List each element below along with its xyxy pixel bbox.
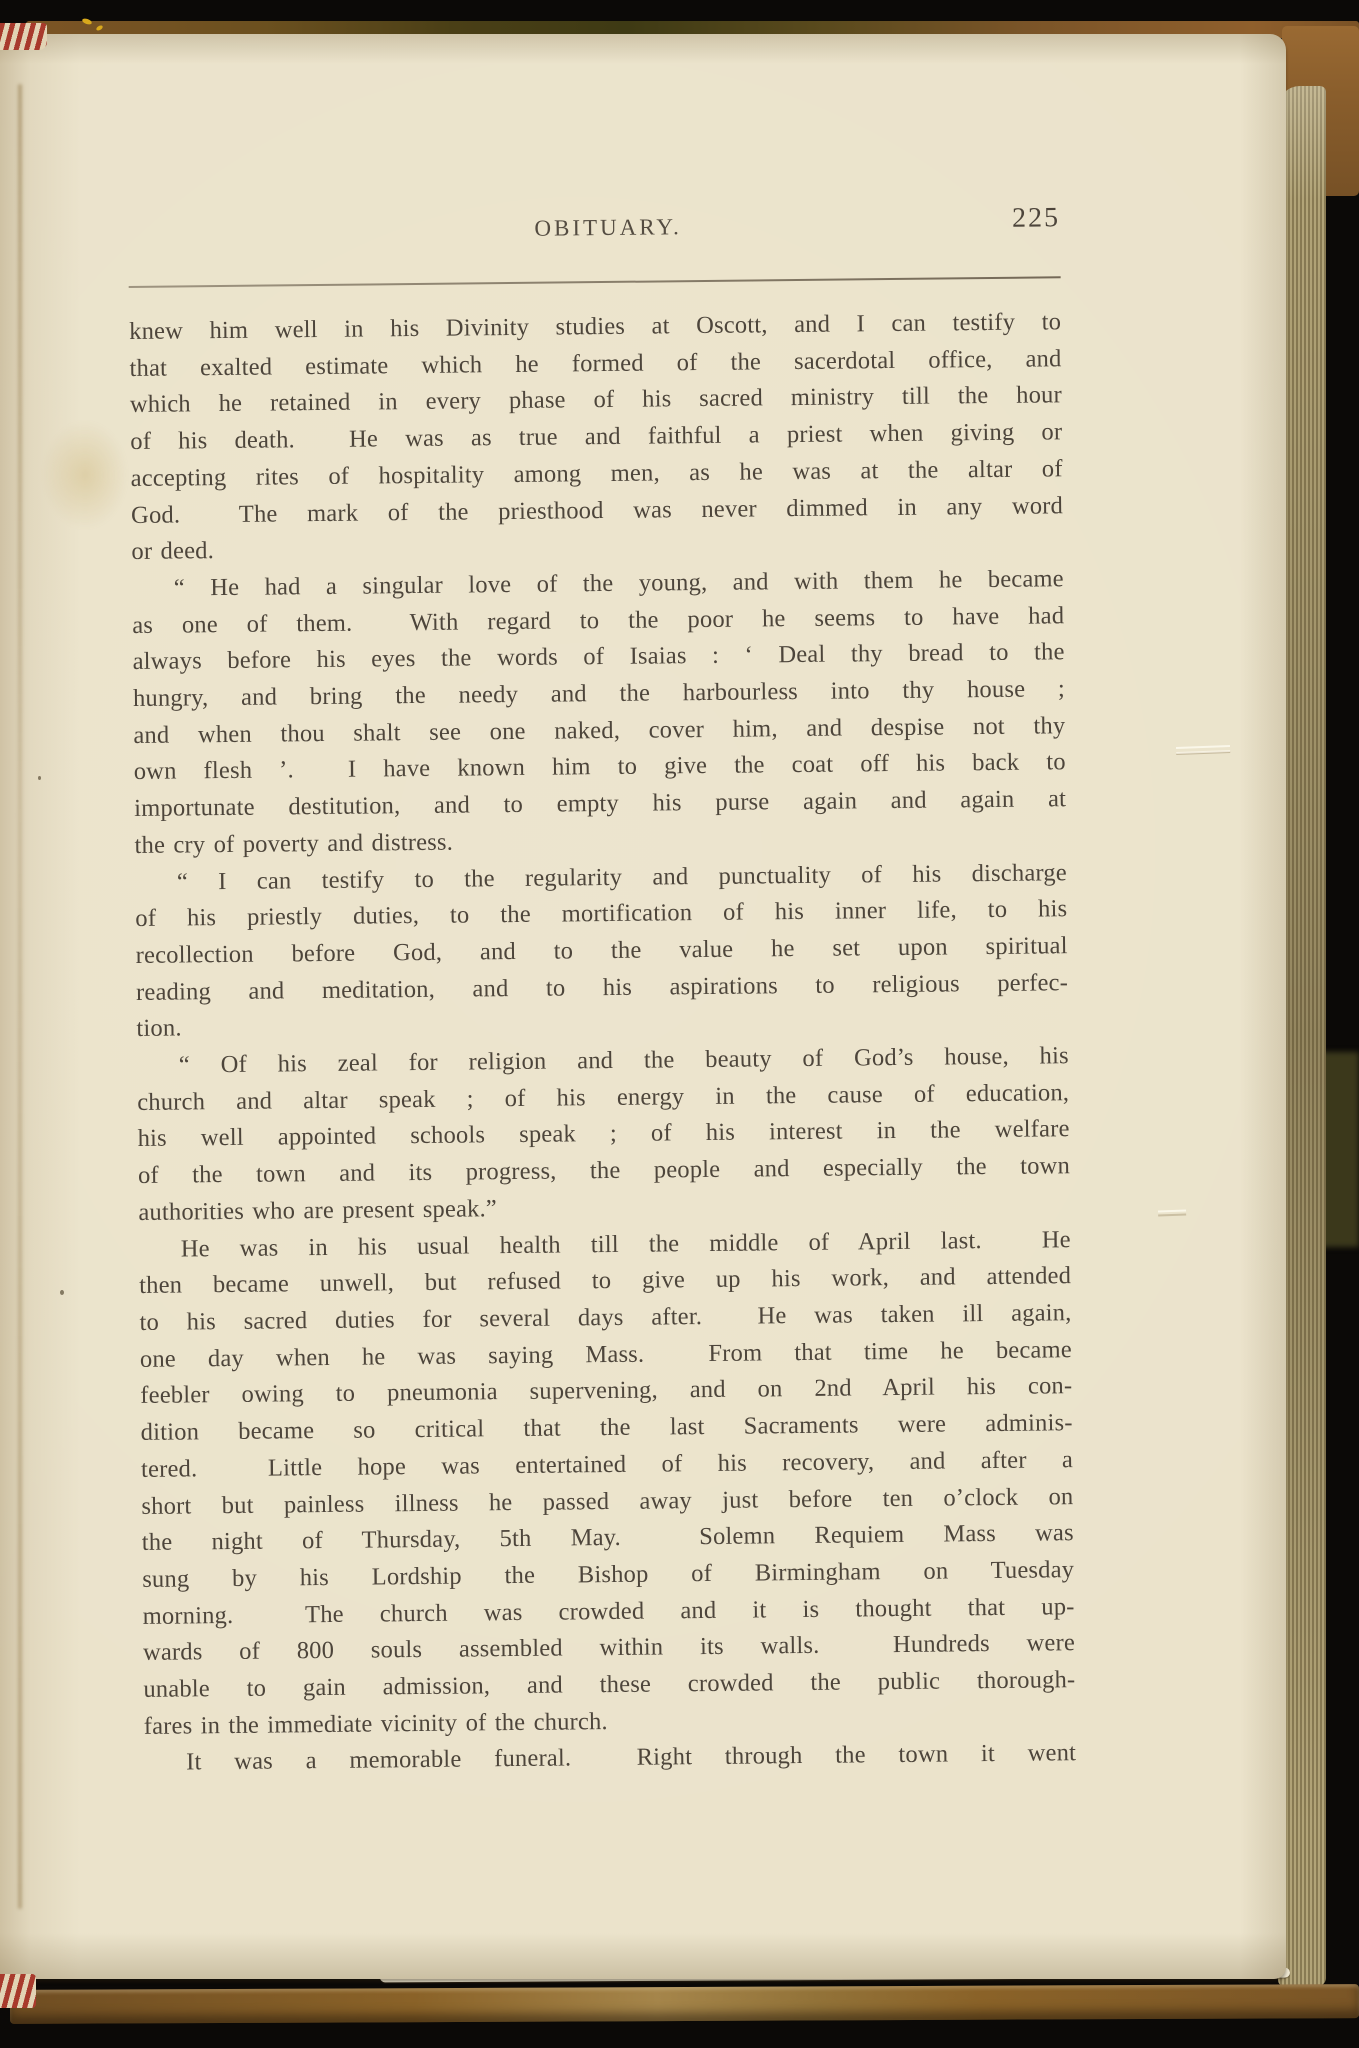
- gutter-crease: [18, 84, 22, 1909]
- endband-top-left: [0, 23, 47, 50]
- endband-bottom-left: [0, 1974, 36, 2008]
- paragraph: He was in his usual health till the midd…: [139, 1222, 1076, 1746]
- paragraph: “ He had a singular love of the young, a…: [132, 561, 1067, 864]
- printed-content: OBITUARY. 225 knew him well in his Divin…: [128, 210, 1076, 1782]
- margin-mark: [1158, 1210, 1186, 1213]
- page-number: 225: [1012, 202, 1060, 235]
- running-header-title: OBITUARY.: [128, 210, 1060, 246]
- scanned-book-photo: OBITUARY. 225 knew him well in his Divin…: [0, 0, 1359, 2048]
- header-rule: [129, 276, 1061, 288]
- book-cover-bottom-edge: [10, 1984, 1359, 2024]
- paragraph: “ I can testify to the regularity and pu…: [135, 855, 1069, 1048]
- book-page: OBITUARY. 225 knew him well in his Divin…: [0, 34, 1286, 1979]
- page-header: OBITUARY. 225: [128, 210, 1060, 264]
- obituary-text: knew him well in his Divinity studies at…: [129, 304, 1076, 1782]
- paragraph: knew him well in his Divinity studies at…: [129, 304, 1064, 571]
- margin-mark: [1176, 745, 1230, 749]
- page-speck: [60, 1290, 64, 1295]
- page-stain: [26, 400, 144, 550]
- page-speck: [38, 776, 41, 780]
- paragraph: “ Of his zeal for religion and the beaut…: [137, 1038, 1071, 1231]
